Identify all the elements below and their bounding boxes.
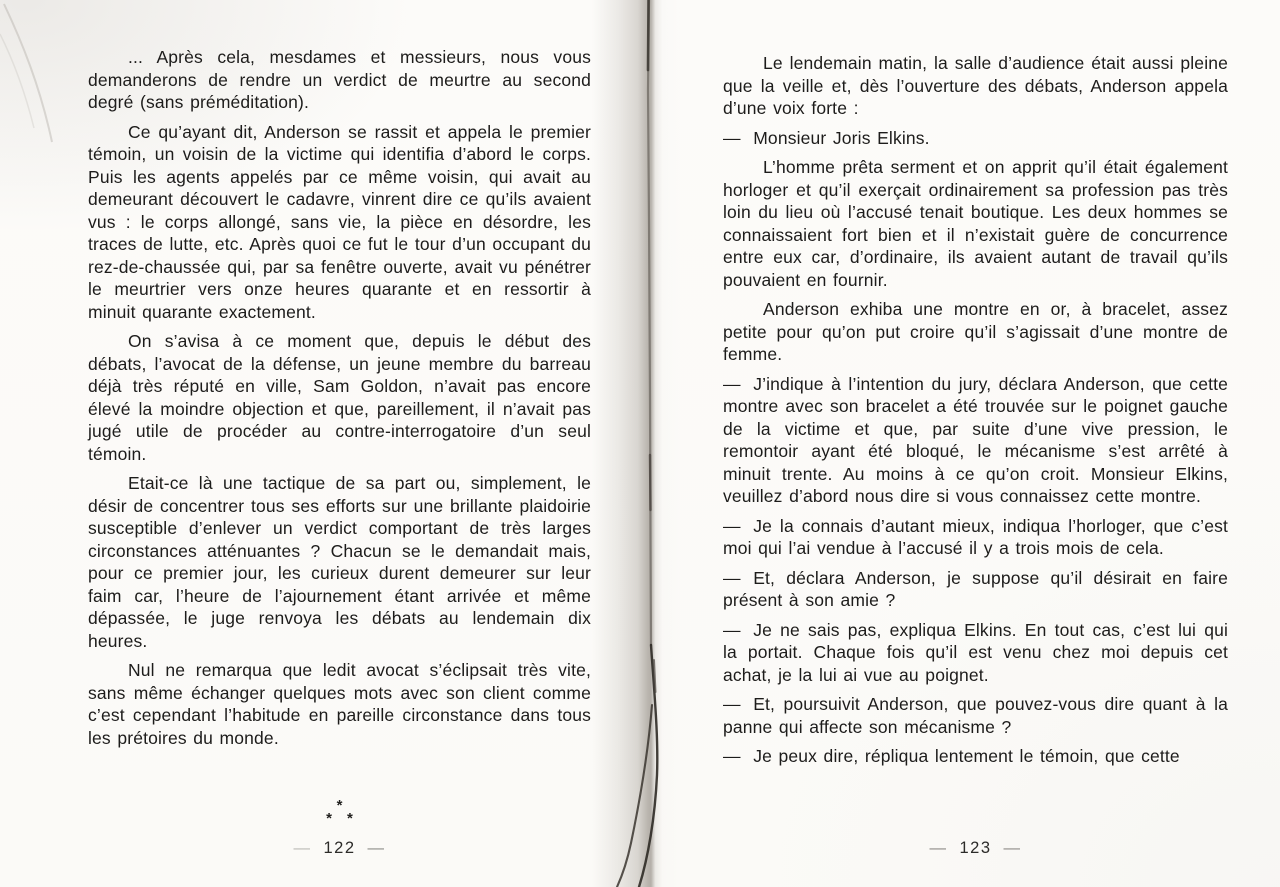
page-left: ... Après cela, mesdames et messieurs, n… bbox=[88, 0, 591, 887]
paragraph: Nul ne remarqua que ledit avocat s’éclip… bbox=[88, 659, 591, 749]
page-right: Le lendemain matin, la salle d’audience … bbox=[723, 0, 1228, 887]
paragraph: — Et, déclara Anderson, je suppose qu’il… bbox=[723, 567, 1228, 612]
paragraph: Anderson exhiba une montre en or, à brac… bbox=[723, 298, 1228, 366]
page-number-dash-right: — bbox=[1004, 839, 1022, 857]
paragraph: — Je la connais d’autant mieux, indiqua … bbox=[723, 515, 1228, 560]
paragraph: — Et, poursuivit Anderson, que pouvez-vo… bbox=[723, 693, 1228, 738]
paragraph: — J’indique à l’intention du jury, décla… bbox=[723, 373, 1228, 508]
paragraph: Le lendemain matin, la salle d’audience … bbox=[723, 52, 1228, 120]
page-number-dash-left: — bbox=[293, 839, 311, 857]
paragraph: — Je ne sais pas, expliqua Elkins. En to… bbox=[723, 619, 1228, 687]
paragraph: L’homme prêta serment et on apprit qu’il… bbox=[723, 156, 1228, 291]
section-separator: * * * bbox=[88, 799, 591, 825]
page-number-dash-right: — bbox=[368, 839, 386, 857]
page-number-dash-left: — bbox=[929, 839, 947, 857]
left-page-text: ... Après cela, mesdames et messieurs, n… bbox=[88, 0, 591, 749]
paragraph: Etait-ce là une tactique de sa part ou, … bbox=[88, 472, 591, 652]
right-page-text: Le lendemain matin, la salle d’audience … bbox=[723, 0, 1228, 768]
paragraph: Ce qu’ayant dit, Anderson se rassit et a… bbox=[88, 121, 591, 324]
right-page-number: —123— bbox=[723, 839, 1228, 858]
page-number-value: 122 bbox=[323, 839, 355, 857]
page-number-value: 123 bbox=[959, 839, 991, 857]
paragraph: — Je peux dire, répliqua lentement le té… bbox=[723, 745, 1228, 768]
paragraph: On s’avisa à ce moment que, depuis le dé… bbox=[88, 330, 591, 465]
paragraph: — Monsieur Joris Elkins. bbox=[723, 127, 1228, 150]
scanned-book-spread: ... Après cela, mesdames et messieurs, n… bbox=[0, 0, 1280, 887]
left-page-number: —122— bbox=[88, 839, 591, 858]
separator-star-bottom: * * bbox=[88, 812, 591, 825]
paragraph: ... Après cela, mesdames et messieurs, n… bbox=[88, 46, 591, 114]
page-fold-shadow bbox=[592, 0, 680, 887]
